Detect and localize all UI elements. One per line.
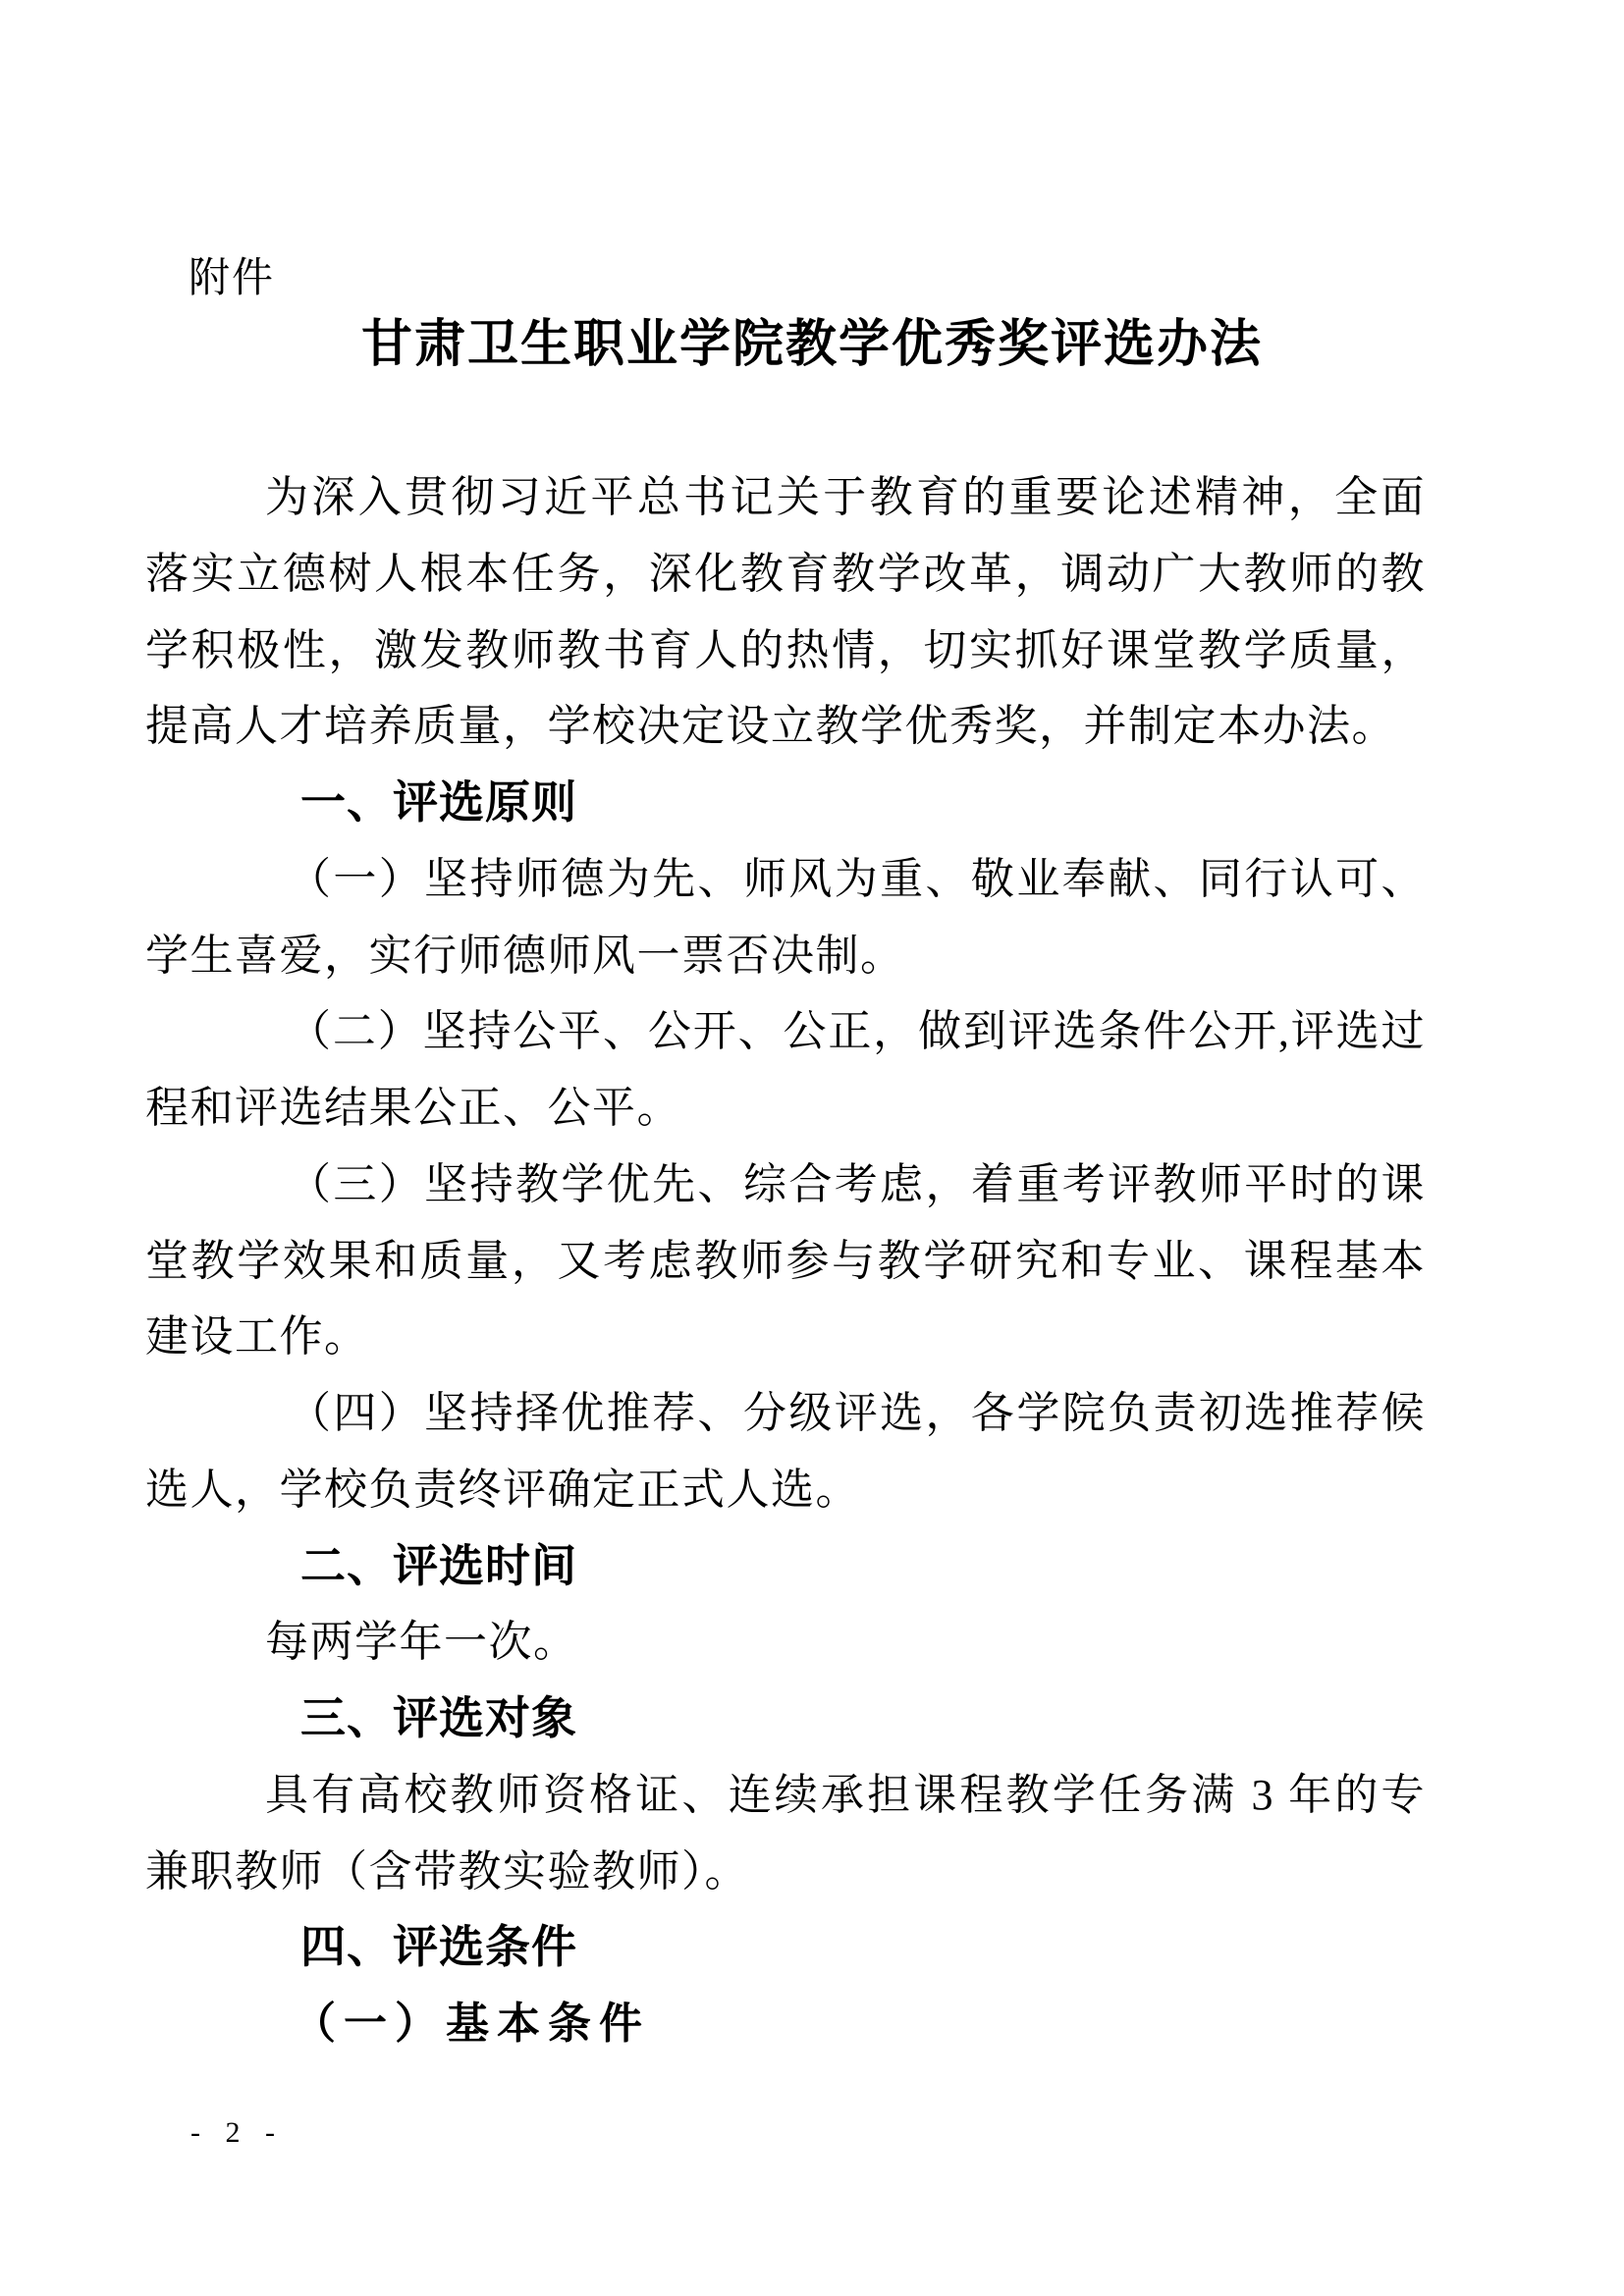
section-heading-targets: 三、评选对象 (145, 1681, 1426, 1757)
principle-item-4: （四）坚持择优推荐、分级评选，各学院负责初选推荐候选人，学校负责终评确定正式人选… (145, 1375, 1426, 1528)
section-heading-time: 二、评选时间 (145, 1528, 1426, 1605)
document-title: 甘肃卫生职业学院教学优秀奖评选办法 (0, 320, 1624, 371)
section-heading-criteria: 四、评选条件 (145, 1909, 1426, 1986)
targets-paragraph: 具有高校教师资格证、连续承担课程教学任务满 3 年的专兼职教师（含带教实验教师）… (145, 1757, 1426, 1910)
principle-item-1: （一）坚持师德为先、师风为重、敬业奉献、同行认可、学生喜爱，实行师德师风一票否决… (145, 841, 1426, 994)
attachment-label: 附件 (189, 257, 275, 298)
section-heading-principles: 一、评选原则 (145, 765, 1426, 841)
principle-item-3: （三）坚持教学优先、综合考虑，着重考评教师平时的课堂教学效果和质量，又考虑教师参… (145, 1147, 1426, 1375)
document-page: 附件 甘肃卫生职业学院教学优秀奖评选办法 为深入贯彻习近平总书记关于教育的重要论… (0, 0, 1624, 2296)
page-number: - 2 - (190, 2118, 284, 2148)
principle-item-2: （二）坚持公平、公开、公正，做到评选条件公开,评选过程和评选结果公正、公平。 (145, 993, 1426, 1147)
intro-paragraph: 为深入贯彻习近平总书记关于教育的重要论述精神，全面落实立德树人根本任务，深化教育… (145, 459, 1426, 765)
sub-section-heading-basic-criteria: （一）基本条件 (145, 1986, 1426, 2062)
time-paragraph: 每两学年一次。 (145, 1604, 1426, 1681)
document-body: 为深入贯彻习近平总书记关于教育的重要论述精神，全面落实立德树人根本任务，深化教育… (145, 459, 1426, 2062)
